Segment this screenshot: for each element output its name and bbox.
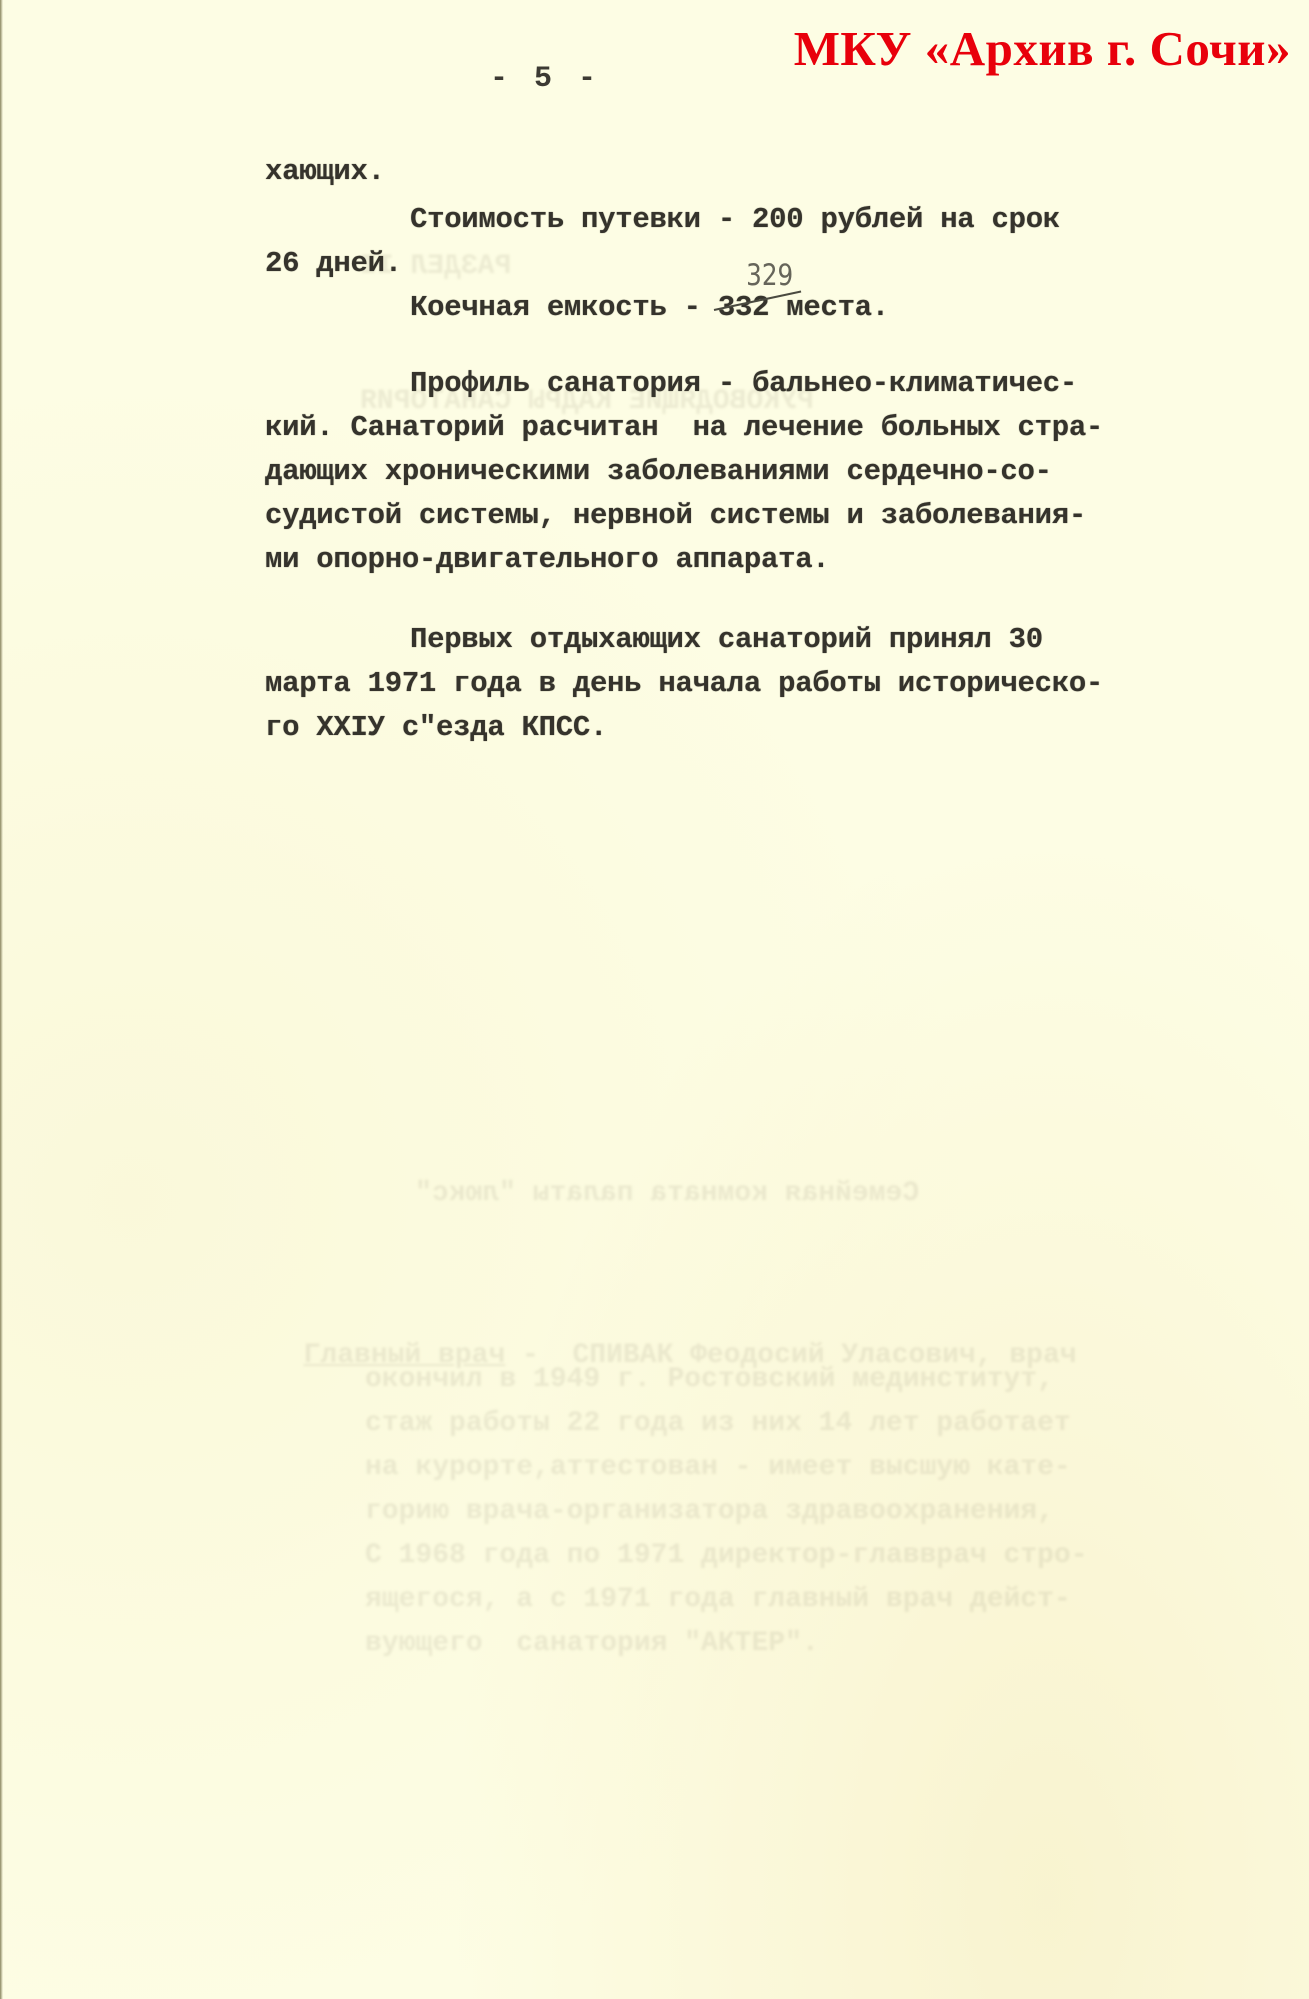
capacity-suffix: места.	[769, 291, 889, 324]
cost-line-1: Стоимость путевки - 200 рублей на срок	[265, 203, 1060, 236]
show-through-caption: Семейная комната палаты "люкс"	[415, 1172, 919, 1216]
profile-line: Профиль санатория - бальнео-климатичес-	[265, 367, 1077, 400]
show-through-chief-block: окончил в 1949 г. Ростовский мединститут…	[365, 1358, 1088, 1666]
profile-line: ми опорно-двигательного аппарата.	[265, 543, 829, 576]
cost-line-2: 26 дней.	[265, 247, 402, 280]
capacity-prefix: Коечная емкость -	[265, 291, 718, 324]
first-guests-line: Первых отдыхающих санаторий принял 30	[265, 623, 1043, 656]
show-through-line: ящегося, а с 1971 года главный врач дейс…	[365, 1584, 1071, 1615]
show-through-line: на курорте,аттестован - имеет высшую кат…	[365, 1452, 1071, 1483]
page-number: - 5 -	[490, 62, 600, 96]
first-guests-paragraph: Первых отдыхающих санаторий принял 30 ма…	[265, 618, 1103, 750]
profile-line: кий. Санаторий расчитан на лечение больн…	[265, 411, 1103, 444]
line-continuation: хающих.	[265, 150, 385, 194]
archive-watermark: МКУ «Архив г. Сочи»	[794, 20, 1291, 77]
profile-line: дающих хроническими заболеваниями сердеч…	[265, 455, 1052, 488]
first-guests-line: го XXIУ с"езда КПСС.	[265, 711, 607, 744]
cost-paragraph: Стоимость путевки - 200 рублей на срок 2…	[265, 198, 1060, 286]
first-guests-line: марта 1971 года в день начала работы ист…	[265, 667, 1103, 700]
page-edge-shadow	[0, 0, 3, 1999]
profile-line: судистой системы, нервной системы и забо…	[265, 499, 1086, 532]
capacity-struck-value: 332	[718, 286, 769, 330]
show-through-line: С 1968 года по 1971 директор-главврач ст…	[365, 1540, 1088, 1571]
show-through-line: стаж работы 22 года из них 14 лет работа…	[365, 1408, 1071, 1439]
show-through-line: вующего санатория "АКТЕР".	[365, 1628, 819, 1659]
capacity-line: Коечная емкость - 332 места.	[265, 286, 889, 330]
show-through-line: окончил в 1949 г. Ростовский мединститут…	[365, 1364, 1054, 1395]
profile-paragraph: Профиль санатория - бальнео-климатичес- …	[265, 362, 1103, 582]
show-through-line: горию врача-организатора здравоохранения…	[365, 1496, 1054, 1527]
